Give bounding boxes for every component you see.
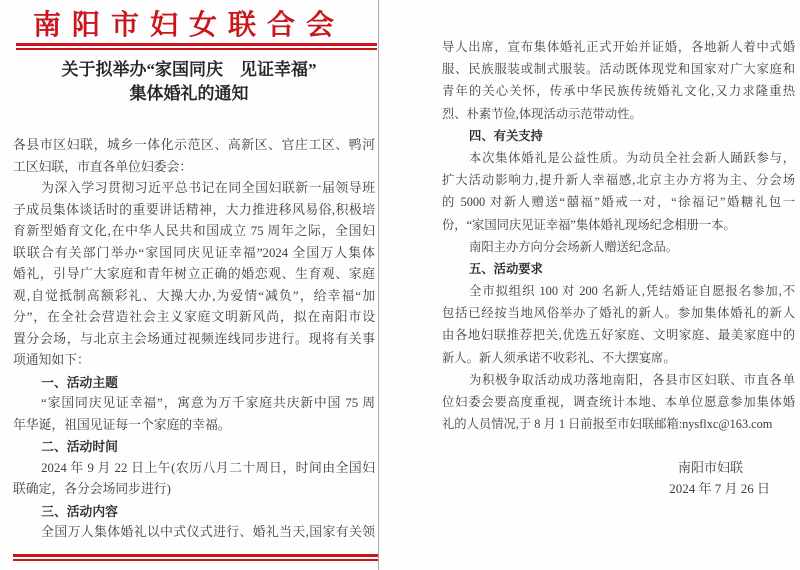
text-line: 置分会场，与北京主会场通过视频连线同步进行。现将有关事 bbox=[13, 329, 375, 351]
page-1-bottom-red-line bbox=[13, 554, 378, 561]
text-line: 一、活动主题 bbox=[13, 372, 375, 394]
text-line: 四、有关支持 bbox=[442, 125, 795, 147]
signature-date: 2024 年 7 月 26 日 bbox=[669, 478, 770, 497]
text-line: 青年的关心关怀，传承中华民族传统婚礼文化,又力求隆重热 bbox=[442, 80, 795, 102]
signature-organization: 南阳市妇联 bbox=[678, 457, 743, 476]
text-line: 由各地妇联推荐把关,优选五好家庭、文明家庭、最美家庭中的 bbox=[442, 324, 795, 346]
letterhead-org-name: 南阳市妇女联合会 bbox=[0, 3, 378, 43]
notice-title-line2: 集体婚礼的通知 bbox=[0, 82, 378, 106]
text-line: 导人出席，宣布集体婚礼正式开始并证婚，各地新人着中式婚 bbox=[442, 36, 795, 58]
text-line: 扩大活动影响力,提升新人幸福感,北京主办方将为主、分会场 bbox=[442, 169, 795, 191]
text-line: 2024 年 9 月 22 日上午(农历八月二十周日，时间由全国妇 bbox=[13, 458, 375, 480]
notice-title: 关于拟举办“家国同庆 见证幸福” 集体婚礼的通知 bbox=[0, 58, 378, 106]
text-line: 为深入学习贯彻习近平总书记在同全国妇联新一届领导班 bbox=[13, 178, 375, 200]
text-line: 联确定，各分会场同步进行) bbox=[13, 479, 375, 501]
text-line: 新人。新人须承诺不收彩礼、不大摆宴席。 bbox=[442, 347, 795, 369]
text-line: 南阳主办方向分会场新人赠送纪念品。 bbox=[442, 236, 795, 258]
text-line: 烈、朴素节俭,体现活动示范带动性。 bbox=[442, 103, 795, 125]
text-line: 年华诞，祖国见证每一个家庭的幸福。 bbox=[13, 415, 375, 437]
text-line: 服、民族服装或制式服装。活动既体现党和国家对广大家庭和 bbox=[442, 58, 795, 80]
text-line: 项通知如下： bbox=[13, 350, 375, 372]
text-line: 三、活动内容 bbox=[13, 501, 375, 523]
page-2: 导人出席，宣布集体婚礼正式开始并证婚，各地新人着中式婚服、民族服装或制式服装。活… bbox=[379, 0, 800, 570]
text-line: 本次集体婚礼是公益性质。为动员全社会新人踊跃参与， bbox=[442, 147, 795, 169]
text-line: 礼的人员情况,于 8 月 1 日前报至市妇联邮箱:nysflxc@163.com bbox=[442, 413, 795, 435]
text-line: 五、活动要求 bbox=[442, 258, 795, 280]
page-1: 南阳市妇女联合会 关于拟举办“家国同庆 见证幸福” 集体婚礼的通知 各县市区妇联… bbox=[0, 0, 378, 570]
text-line: 育新型婚育文化,在中华人民共和国成立 75 周年之际，全国妇 bbox=[13, 221, 375, 243]
text-line: “家国同庆见证幸福”，寓意为万千家庭共庆新中国 75 周 bbox=[13, 393, 375, 415]
text-line: 全国万人集体婚礼以中式仪式进行、婚礼当天,国家有关领 bbox=[13, 522, 375, 544]
text-line: 份，“家国同庆见证幸福”集体婚礼现场纪念相册一本。 bbox=[442, 214, 795, 236]
text-line: 位妇委会要高度重视，调查统计本地、本单位愿意参加集体婚 bbox=[442, 391, 795, 413]
text-line: 二、活动时间 bbox=[13, 436, 375, 458]
text-line: 联联合有关部门举办“家国同庆见证幸福”2024 全国万人集体 bbox=[13, 243, 375, 265]
page-1-body-text: 各县市区妇联，城乡一体化示范区、高新区、官庄工区、鸭河工区妇联，市直各单位妇委会… bbox=[13, 135, 375, 544]
notice-title-line1: 关于拟举办“家国同庆 见证幸福” bbox=[0, 58, 378, 82]
text-line: 的 5000 对新人赠送“囍福”婚戒一对，“徐福记”婚糖礼包一 bbox=[442, 191, 795, 213]
letterhead-red-line bbox=[16, 43, 377, 50]
text-line: 各县市区妇联，城乡一体化示范区、高新区、官庄工区、鸭河 bbox=[13, 135, 375, 157]
page-2-body-text: 导人出席，宣布集体婚礼正式开始并证婚，各地新人着中式婚服、民族服装或制式服装。活… bbox=[442, 36, 795, 435]
text-line: 分”，在全社会营造社会主义家庭文明新风尚，拟在南阳市设 bbox=[13, 307, 375, 329]
text-line: 工区妇联，市直各单位妇委会： bbox=[13, 157, 375, 179]
text-line: 子成员集体谈话时的重要讲话精神，大力推进移风易俗,积极培 bbox=[13, 200, 375, 222]
scanned-notice-document: 南阳市妇女联合会 关于拟举办“家国同庆 见证幸福” 集体婚礼的通知 各县市区妇联… bbox=[0, 0, 800, 570]
text-line: 包括已经按当地风俗举办了婚礼的新人。参加集体婚礼的新人 bbox=[442, 302, 795, 324]
text-line: 婚礼，引导广大家庭和青年树立正确的婚恋观、生育观、家庭 bbox=[13, 264, 375, 286]
text-line: 全市拟组织 100 对 200 名新人,凭结婚证自愿报名参加,不 bbox=[442, 280, 795, 302]
text-line: 为积极争取活动成功落地南阳，各县市区妇联、市直各单 bbox=[442, 369, 795, 391]
text-line: 观,自觉抵制高额彩礼、大操大办,为爱情“减负”，给幸福“加 bbox=[13, 286, 375, 308]
